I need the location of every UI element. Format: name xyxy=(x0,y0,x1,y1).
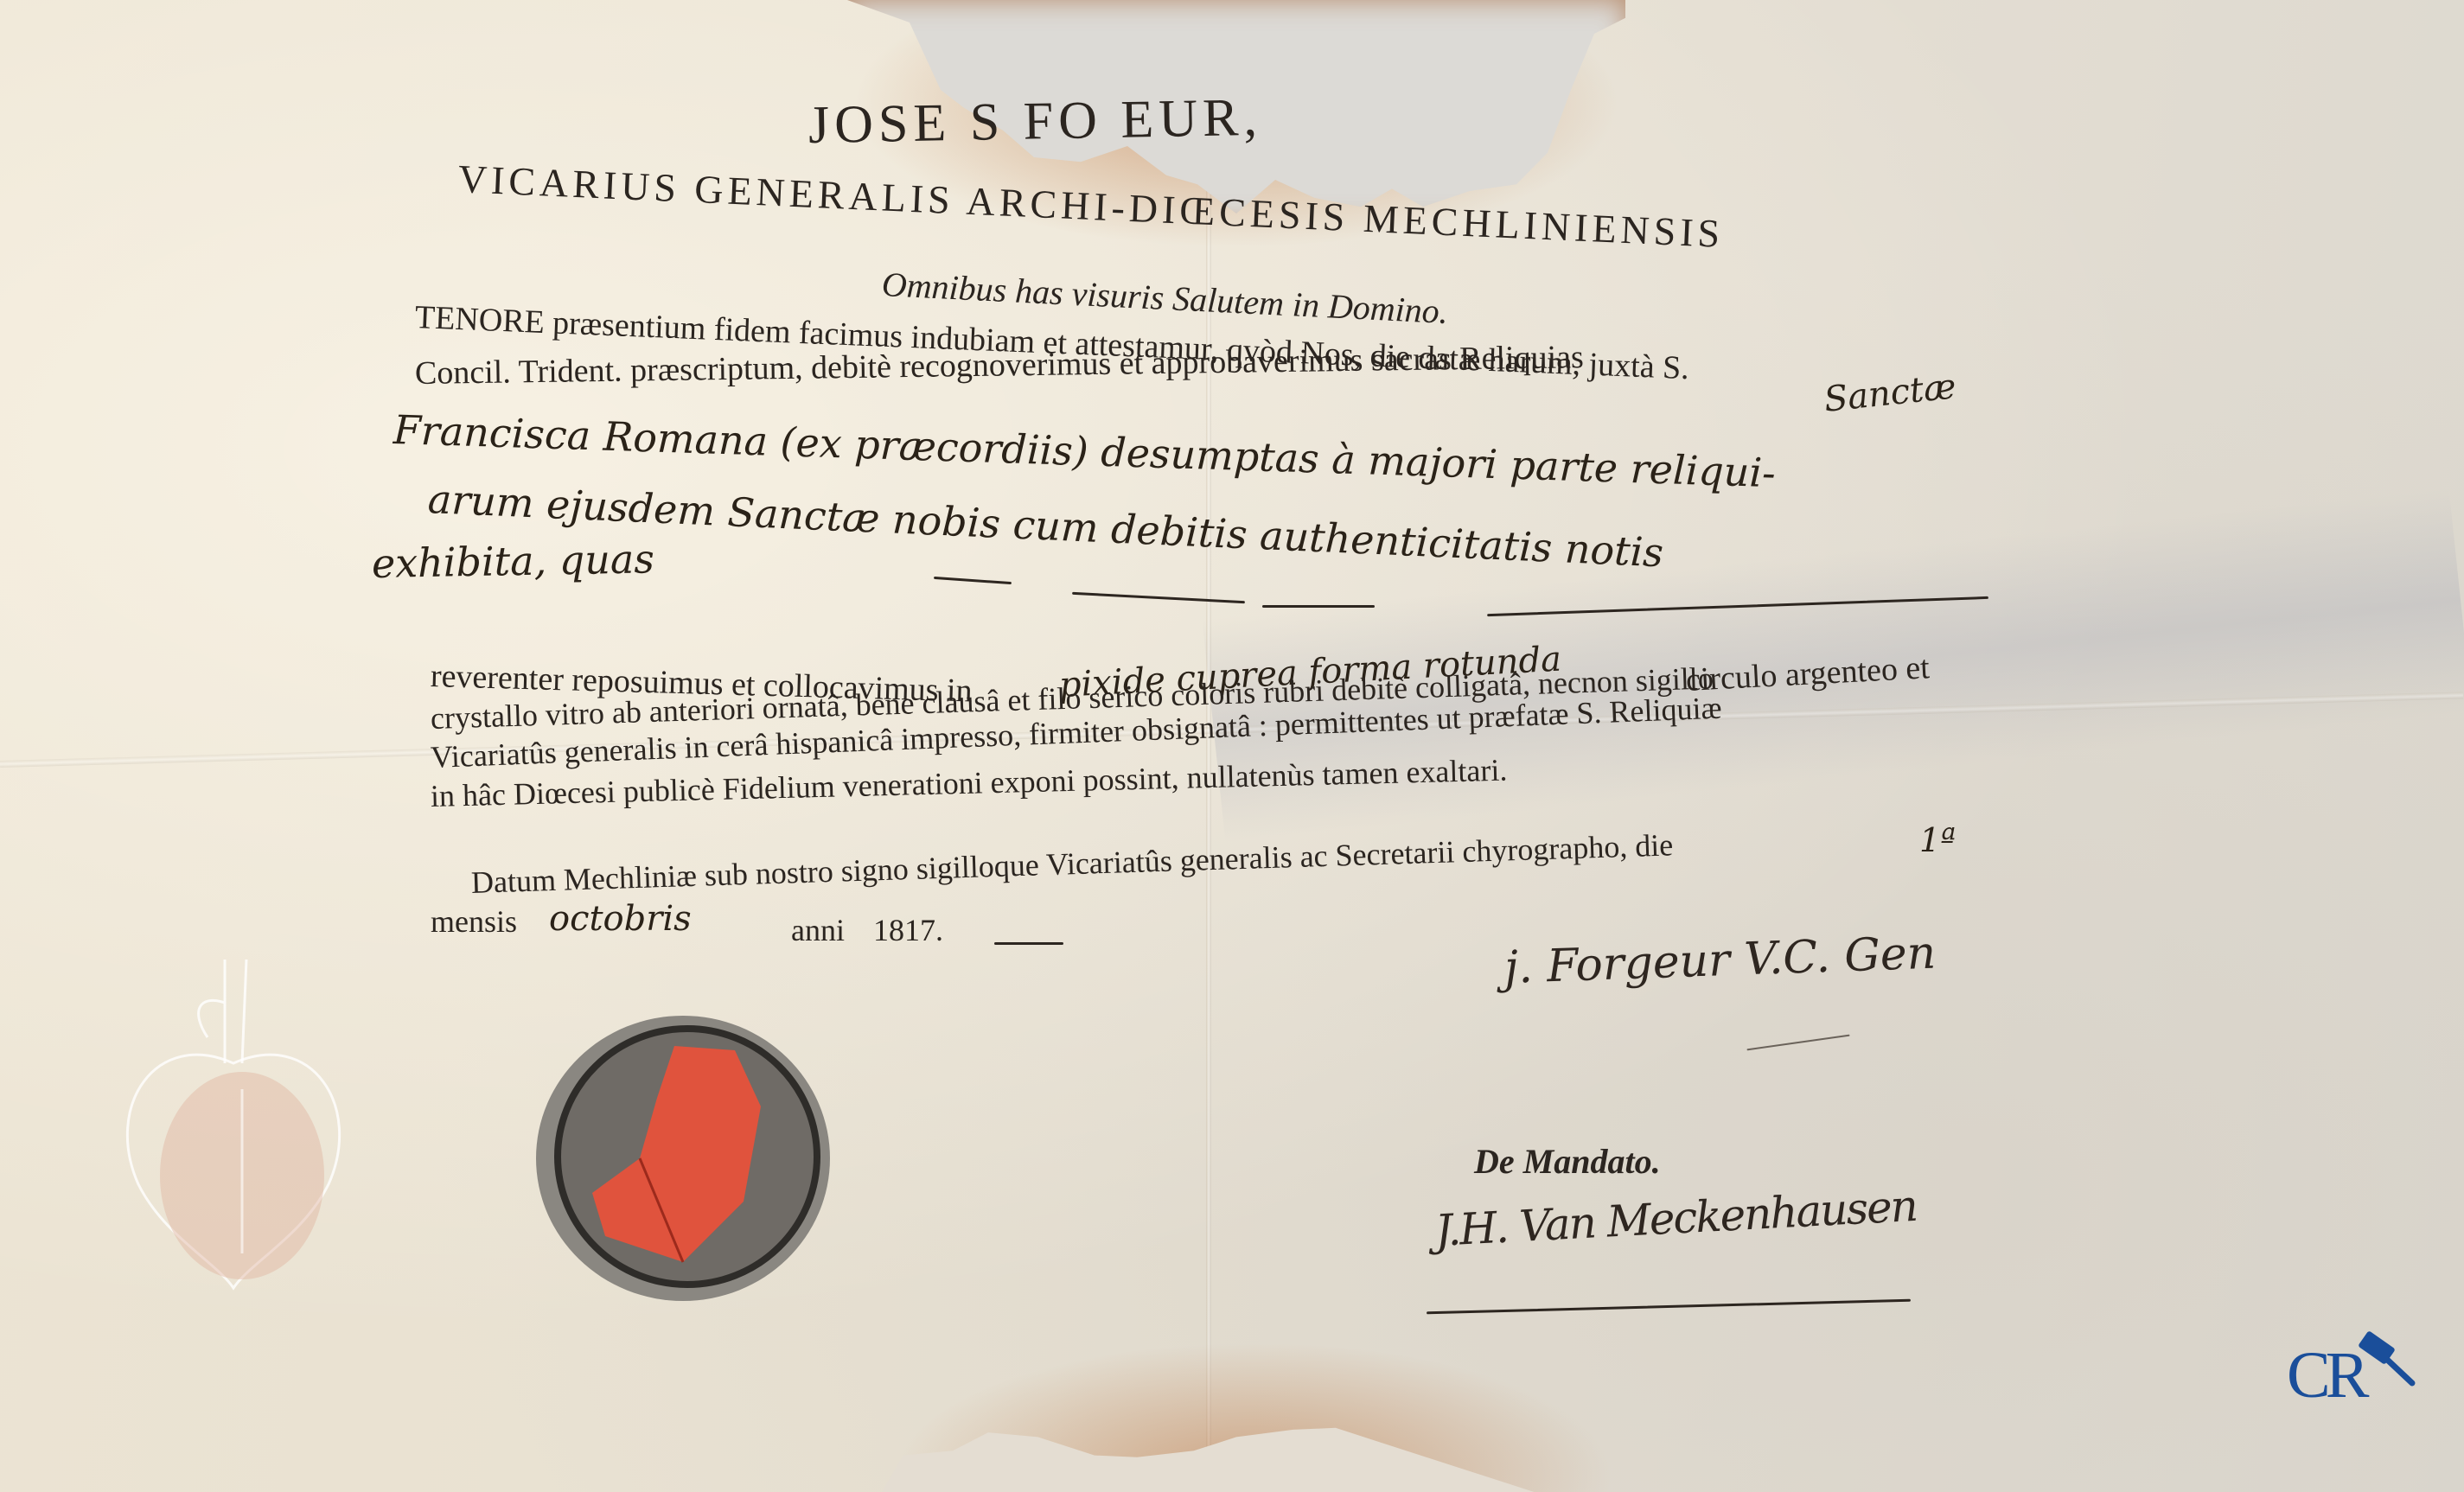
dating-year: 1817. xyxy=(873,912,943,948)
dating-year-label: anni xyxy=(791,912,845,948)
year-dash xyxy=(994,942,1063,945)
paper-heart-seal-icon xyxy=(104,951,363,1297)
reliquary-wax-seal-icon xyxy=(510,1003,839,1305)
dating-day: 1ª xyxy=(1919,821,1956,859)
header-name: JOSE S FO EUR, xyxy=(808,87,1262,156)
gavel-icon xyxy=(2353,1331,2423,1392)
dating-month-label: mensis xyxy=(431,903,517,940)
dating-month: octobris xyxy=(549,899,692,939)
hand-line-3: exhibita, quas xyxy=(372,535,655,587)
watermark-logo-text: CR xyxy=(2287,1338,2364,1413)
fill-dash xyxy=(1262,605,1375,608)
de-mandato: De Mandato. xyxy=(1474,1141,1661,1182)
